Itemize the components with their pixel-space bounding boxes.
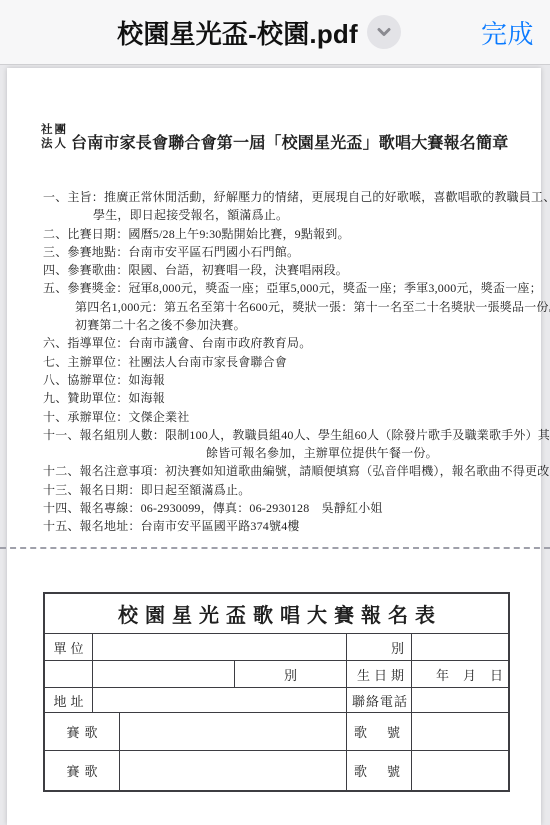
doc-line: 十三、報名日期：即日起至額滿爲止。 bbox=[43, 481, 519, 499]
song-label: 賽歌 bbox=[45, 713, 120, 750]
song-number-label: 歌 號 bbox=[347, 713, 412, 750]
song-number-value-cell bbox=[412, 713, 508, 750]
registration-form-table: 校園星光盃歌唱大賽報名表 單位 別 別 生日期 年 月 日 地址 聯絡電話 bbox=[43, 592, 510, 792]
doc-line: 十一、報名組別人數：限制100人，教職員組40人、學生組60人（除發片歌手及職業… bbox=[43, 426, 519, 444]
song-value-cell bbox=[120, 751, 347, 790]
document-header: 社團 法人 台南市家長會聯合會第一屆「校園星光盃」歌唱大賽報名簡章 bbox=[41, 124, 508, 153]
header-prefix-line1: 社團 bbox=[41, 124, 68, 136]
doc-line: 三、參賽地點：台南市安平區石門國小石門館。 bbox=[43, 243, 519, 261]
pdf-page[interactable]: 社團 法人 台南市家長會聯合會第一屆「校園星光盃」歌唱大賽報名簡章 一、主旨：推… bbox=[7, 68, 541, 825]
song-number-label: 歌 號 bbox=[347, 751, 412, 790]
birthdate-value-cell: 年 月 日 bbox=[412, 661, 508, 687]
song-value-cell bbox=[120, 713, 347, 750]
cut-line bbox=[0, 547, 550, 549]
unit-label: 單位 bbox=[45, 634, 93, 660]
form-row-address: 地址 聯絡電話 bbox=[45, 687, 508, 712]
form-row-unit: 單位 別 bbox=[45, 633, 508, 660]
form-title: 校園星光盃歌唱大賽報名表 bbox=[45, 599, 508, 628]
doc-line: 六、指導單位：台南市議會、台南市政府教育局。 bbox=[43, 334, 519, 352]
number-char: 號 bbox=[387, 761, 400, 780]
form-row-song-2: 賽歌 歌 號 bbox=[45, 750, 508, 790]
phone-value-cell bbox=[412, 688, 508, 712]
doc-line: 餘皆可報名參加，主辦單位提供午餐一份。 bbox=[43, 444, 519, 462]
form-row-name-birth: 別 生日期 年 月 日 bbox=[45, 660, 508, 687]
name-value-cell bbox=[93, 661, 235, 687]
doc-line: 第四名1,000元：第五名至第十名600元，獎狀一張：第十一名至二十名獎狀一張獎… bbox=[43, 298, 519, 316]
birthdate-label: 生日期 bbox=[347, 661, 412, 687]
doc-line: 四、參賽歌曲：限國、台語，初賽唱一段，決賽唱兩段。 bbox=[43, 261, 519, 279]
done-button[interactable]: 完成 bbox=[475, 0, 540, 64]
name-label-cell bbox=[45, 661, 93, 687]
address-value-cell bbox=[93, 688, 347, 712]
day-label: 日 bbox=[490, 665, 503, 684]
pdf-viewer-toolbar: 校園星光盃-校園.pdf 完成 bbox=[0, 0, 550, 65]
doc-line: 二、比賽日期：國曆5/28上午9:30點開始比賽，9點報到。 bbox=[43, 225, 519, 243]
title-menu-button[interactable] bbox=[367, 15, 401, 49]
song-char: 歌 bbox=[354, 761, 367, 780]
header-prefix-line2: 法人 bbox=[41, 138, 68, 150]
header-prefix: 社團 法人 bbox=[41, 124, 68, 152]
doc-line: 九、贊助單位：如海報 bbox=[43, 389, 519, 407]
file-title: 校園星光盃-校園.pdf bbox=[117, 14, 358, 51]
doc-line: 學生，即日起接受報名，額滿爲止。 bbox=[43, 206, 519, 224]
form-row-song-1: 賽歌 歌 號 bbox=[45, 712, 508, 750]
doc-line: 十二、報名注意事項：初決賽如知道歌曲編號，請順便填寫（弘音伴唱機），報名歌曲不得… bbox=[43, 462, 519, 480]
doc-line: 五、參賽獎金：冠軍8,000元，獎盃一座；亞軍5,000元，獎盃一座；季軍3,0… bbox=[43, 279, 519, 297]
doc-line: 十、承辦單位：文傑企業社 bbox=[43, 408, 519, 426]
form-title-row: 校園星光盃歌唱大賽報名表 bbox=[45, 594, 508, 633]
song-number-value-cell bbox=[412, 751, 508, 790]
song-label: 賽歌 bbox=[45, 751, 120, 790]
doc-line: 一、主旨：推廣正常休閒活動，紓解壓力的情緒，更展現自己的好歌喉，喜歡唱歌的教職員… bbox=[43, 188, 519, 206]
unit-value-cell bbox=[93, 634, 347, 660]
doc-line: 十四、報名專線：06-2930099，傳真：06-2930128 吳靜紅小姐 bbox=[43, 499, 519, 517]
song-char: 歌 bbox=[354, 722, 367, 741]
year-label: 年 bbox=[436, 665, 449, 684]
file-title-group: 校園星光盃-校園.pdf bbox=[117, 14, 401, 51]
doc-line: 初賽第二十名之後不參加決賽。 bbox=[43, 316, 519, 334]
gender-label: 別 bbox=[235, 661, 347, 687]
month-label: 月 bbox=[463, 665, 476, 684]
chevron-down-icon bbox=[375, 23, 393, 41]
doc-line: 七、主辦單位：社團法人台南市家長會聯合會 bbox=[43, 353, 519, 371]
category-value-cell bbox=[412, 634, 508, 660]
doc-line: 八、協辦單位：如海報 bbox=[43, 371, 519, 389]
number-char: 號 bbox=[387, 722, 400, 741]
doc-line: 十五、報名地址：台南市安平區國平路374號4樓 bbox=[43, 517, 519, 535]
document-body: 一、主旨：推廣正常休閒活動，紓解壓力的情緒，更展現自己的好歌喉，喜歡唱歌的教職員… bbox=[43, 188, 519, 536]
phone-label: 聯絡電話 bbox=[347, 688, 412, 712]
address-label: 地址 bbox=[45, 688, 93, 712]
document-title: 台南市家長會聯合會第一屆「校園星光盃」歌唱大賽報名簡章 bbox=[71, 130, 508, 153]
category-label: 別 bbox=[347, 634, 412, 660]
